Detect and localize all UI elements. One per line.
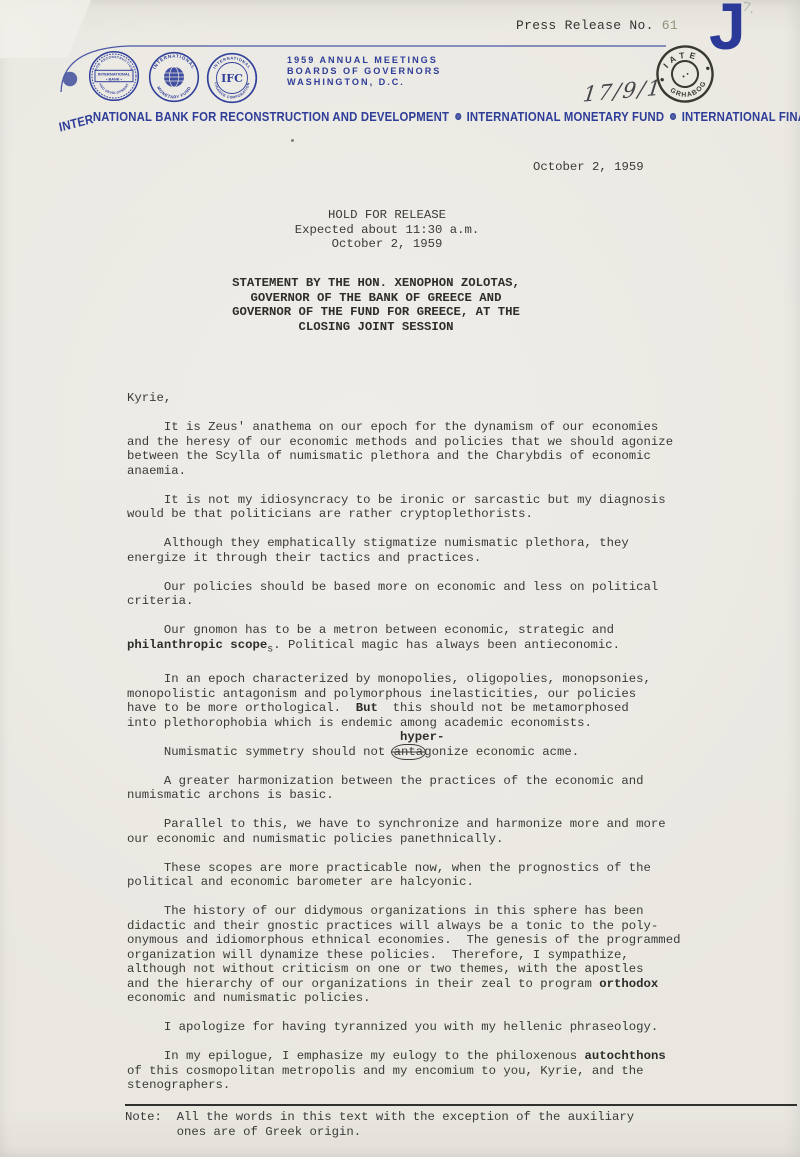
paragraph: A greater harmonization between the prac…	[127, 774, 680, 803]
stray-ink-dot	[291, 139, 294, 142]
scanned-press-release: FOR RECONSTRUCTION AND DEVELOPMENT INTER…	[0, 0, 800, 1157]
text-line: In an epoch characterized by monopolies,…	[127, 672, 680, 687]
bullet-separator-icon	[455, 113, 461, 120]
paragraph: Parallel to this, we have to synchronize…	[127, 817, 680, 846]
text-line: BOARDS OF GOVERNORS	[287, 66, 441, 77]
ifc-seal-icon: INTERNATIONAL FINANCE CORPORATION IFC	[206, 52, 258, 104]
paragraph: In an epoch characterized by monopolies,…	[127, 672, 680, 730]
text-line: criteria.	[127, 594, 680, 609]
text-line: onymous and idiomorphous ethnical econom…	[127, 933, 680, 948]
text-line: economic and numismatic policies.	[127, 991, 680, 1006]
text-line: and the hierarchy of our organizations i…	[127, 977, 680, 992]
text-line: These scopes are more practicable now, w…	[127, 861, 680, 876]
statement-body: Kyrie, It is Zeus' anathema on our epoch…	[127, 391, 680, 1107]
paragraph: These scopes are more practicable now, w…	[127, 861, 680, 890]
bullet-separator-icon	[670, 113, 676, 120]
text-line: Numismatic symmetry should not antagoniz…	[127, 745, 680, 760]
paragraph: It is Zeus' anathema on our epoch for th…	[127, 420, 680, 478]
svg-text:IFC: IFC	[221, 72, 243, 85]
paragraph: In my epilogue, I emphasize my eulogy to…	[127, 1049, 680, 1093]
footnote: Note: All the words in this text with th…	[125, 1104, 797, 1140]
text-line: October 2, 1959	[97, 237, 677, 252]
text-line: Our policies should be based more on eco…	[127, 580, 680, 595]
imf-seal-icon: INTERNATIONAL MONETARY FUND	[148, 51, 200, 103]
text-line: Note: All the words in this text with th…	[125, 1110, 797, 1125]
text-line: although not without criticism on one or…	[127, 962, 680, 977]
text-line: GOVERNOR OF THE BANK OF GREECE AND	[76, 291, 676, 306]
text-line: A greater harmonization between the prac…	[127, 774, 680, 789]
paragraph: Our policies should be based more on eco…	[127, 580, 680, 609]
text-line: 1959 ANNUAL MEETINGS	[287, 55, 441, 66]
text-line: In my epilogue, I emphasize my eulogy to…	[127, 1049, 680, 1064]
text-line: our economic and numismatic policies pan…	[127, 832, 680, 847]
salutation: Kyrie,	[127, 391, 680, 406]
text-line: The history of our didymous organization…	[127, 904, 680, 919]
paragraphs-container: It is Zeus' anathema on our epoch for th…	[127, 420, 680, 1093]
paragraph: I apologize for having tyrannized you wi…	[127, 1020, 680, 1035]
paragraph: hyper- Numismatic symmetry should not an…	[127, 730, 680, 759]
text-line: of this cosmopolitan metropolis and my e…	[127, 1064, 680, 1079]
text-line: political and economic barometer are hal…	[127, 875, 680, 890]
text-line: would be that politicians are rather cry…	[127, 507, 680, 522]
press-release-number: 61	[654, 18, 678, 33]
text-line: CLOSING JOINT SESSION	[76, 320, 676, 335]
text-line: between the Scylla of numismatic plethor…	[127, 449, 680, 464]
text-line: have to be more orthological. But this s…	[127, 701, 680, 716]
text-line: It is Zeus' anathema on our epoch for th…	[127, 420, 680, 435]
text-line: WASHINGTON, D.C.	[287, 77, 441, 88]
text-line: GOVERNOR OF THE FUND FOR GREECE, AT THE	[76, 305, 676, 320]
svg-text:FOR RECONSTRUCTION: FOR RECONSTRUCTION	[94, 55, 134, 71]
text-line: monopolistic antagonism and polymorphous…	[127, 687, 680, 702]
text-line: into plethorophobia which is endemic amo…	[127, 716, 680, 731]
letterhead-left-dot-icon	[63, 72, 77, 86]
paragraph: It is not my idiosyncracy to be ironic o…	[127, 493, 680, 522]
text-line: organization will dynamize these policie…	[127, 948, 680, 963]
text-line: Expected about 11:30 a.m.	[97, 223, 677, 238]
text-line: anaemia.	[127, 464, 680, 479]
paragraph: The history of our didymous organization…	[127, 904, 680, 1006]
text-line: Our gnomon has to be a metron between ec…	[127, 623, 680, 638]
text-line: philanthropic scopes. Political magic ha…	[127, 638, 680, 658]
text-line: numismatic archons is basic.	[127, 788, 680, 803]
hold-for-release-block: HOLD FOR RELEASEExpected about 11:30 a.m…	[97, 208, 677, 252]
statement-title: STATEMENT BY THE HON. XENOPHON ZOLOTAS,G…	[76, 276, 676, 334]
date-line: October 2, 1959	[533, 160, 644, 174]
text-line: Parallel to this, we have to synchronize…	[127, 817, 680, 832]
text-line: and the heresy of our economic methods a…	[127, 435, 680, 450]
paragraph: Our gnomon has to be a metron between ec…	[127, 623, 680, 658]
letterhead-banner: INTERNATIONAL BANK FOR RECONSTRUCTION AN…	[58, 109, 721, 124]
svg-text:• BANK •: • BANK •	[106, 77, 122, 81]
press-release-number-line: Press Release No.61	[516, 18, 678, 33]
text-line: HOLD FOR RELEASE	[97, 208, 677, 223]
text-line: didactic and their gnostic practices wil…	[127, 919, 680, 934]
press-release-label: Press Release No.	[516, 18, 654, 33]
banner-first-rest: NATIONAL BANK FOR RECONSTRUCTION AND DEV…	[93, 109, 449, 124]
svg-text:AND DEVELOPMENT: AND DEVELOPMENT	[98, 82, 130, 95]
text-line: Although they emphatically stigmatize nu…	[127, 536, 680, 551]
text-line: ones are of Greek origin.	[125, 1125, 797, 1140]
text-line: stenographers.	[127, 1078, 680, 1093]
meetings-header: 1959 ANNUAL MEETINGSBOARDS OF GOVERNORSW…	[287, 55, 441, 88]
text-line: It is not my idiosyncracy to be ironic o…	[127, 493, 680, 508]
text-line: hyper-	[127, 730, 680, 745]
ibrd-seal-icon: FOR RECONSTRUCTION AND DEVELOPMENT INTER…	[88, 50, 140, 102]
svg-text:INTERNATIONAL: INTERNATIONAL	[98, 72, 131, 77]
text-line: I apologize for having tyrannized you wi…	[127, 1020, 680, 1035]
text-line: energize it through their tactics and pr…	[127, 551, 680, 566]
text-line: STATEMENT BY THE HON. XENOPHON ZOLOTAS,	[76, 276, 676, 291]
banner-segment-ifc: INTERNATIONAL FINANCE CORPORATION	[682, 109, 800, 124]
paragraph: Although they emphatically stigmatize nu…	[127, 536, 680, 565]
banner-segment-imf: INTERNATIONAL MONETARY FUND	[467, 109, 665, 124]
